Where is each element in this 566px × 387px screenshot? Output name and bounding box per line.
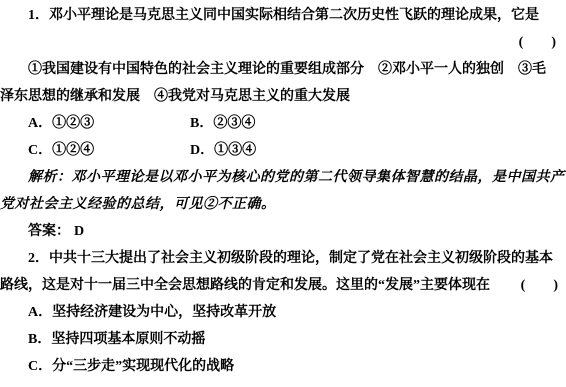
- document-page: 1．邓小平理论是马克思主义同中国实际相结合第二次历史性飞跃的理论成果，它是 ( …: [0, 0, 566, 387]
- q1-analysis-line1: 解析：邓小平理论是以邓小平为核心的党的第二代领导集体智慧的结晶，是中国共产: [0, 164, 566, 191]
- q1-answer-label: 答案：: [28, 224, 70, 239]
- q1-analysis-label: 解析：: [28, 170, 72, 185]
- q2-stem-line2-text: 路线，这是对十一届三中全会思想路线的肯定和发展。这里的“发展”主要体现在: [0, 272, 490, 299]
- q1-items-line1: ①我国建设有中国特色的社会主义理论的重要组成部分 ②邓小平一人的独创 ③毛: [0, 56, 566, 83]
- q2-option-a: A．坚持经济建设为中心，坚持改革开放: [0, 299, 566, 326]
- q2-option-b: B．坚持四项基本原则不动摇: [0, 326, 566, 353]
- q2-stem-line2: 路线，这是对十一届三中全会思想路线的肯定和发展。这里的“发展”主要体现在( ): [0, 272, 566, 299]
- q1-answer-bracket: ( ): [0, 29, 566, 56]
- q2-stem-line1: 2．中共十三大提出了社会主义初级阶段的理论，制定了党在社会主义初级阶段的基本: [0, 245, 566, 272]
- q2-answer-bracket: ( ): [521, 272, 558, 299]
- q1-stem: 1．邓小平理论是马克思主义同中国实际相结合第二次历史性飞跃的理论成果，它是: [0, 2, 566, 29]
- q1-analysis-line2: 党对社会主义经验的总结，可见②不正确。: [0, 191, 566, 218]
- q1-option-d: D．①③④: [190, 137, 256, 164]
- q1-options-row2: C．①②④ D．①③④: [0, 137, 566, 164]
- q1-options-row1: A．①②③ B．②③④: [0, 110, 566, 137]
- q1-answer-line: 答案：D: [0, 218, 566, 245]
- q1-option-b: B．②③④: [190, 110, 255, 137]
- q1-items-line2: 泽东思想的继承和发展 ④我党对马克思主义的重大发展: [0, 83, 566, 110]
- q1-answer-value: D: [70, 224, 84, 239]
- q1-option-c: C．①②④: [28, 137, 190, 164]
- q1-option-a: A．①②③: [28, 110, 190, 137]
- q2-option-c: C．分“三步走”实现现代化的战略: [0, 353, 566, 380]
- q1-analysis-text1: 邓小平理论是以邓小平为核心的党的第二代领导集体智慧的结晶，是中国共产: [72, 170, 565, 185]
